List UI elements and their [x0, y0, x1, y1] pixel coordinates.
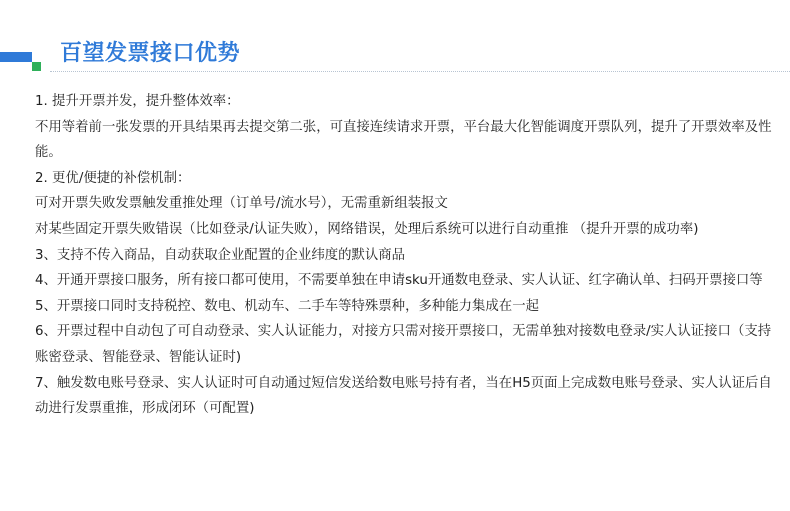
point-4: 4、开通开票接口服务，所有接口都可使用，不需要单独在申请sku开通数电登录、实人… — [35, 268, 775, 294]
point-2-text-a: 可对开票失败发票触发重推处理（订单号/流水号），无需重新组装报文 — [35, 191, 775, 217]
title-divider — [50, 71, 790, 72]
point-2-heading: 2. 更优/便捷的补偿机制： — [35, 166, 775, 192]
title-accent-square — [32, 62, 41, 71]
point-2-text-b: 对某些固定开票失败错误（比如登录/认证失败），网络错误，处理后系统可以进行自动重… — [35, 217, 775, 243]
content-body: 1. 提升开票并发，提升整体效率： 不用等着前一张发票的开具结果再去提交第二张，… — [35, 89, 775, 422]
point-1-heading: 1. 提升开票并发，提升整体效率： — [35, 89, 775, 115]
point-7: 7、触发数电账号登录、实人认证时可自动通过短信发送给数电账号持有者，当在H5页面… — [35, 371, 775, 422]
point-5: 5、开票接口同时支持税控、数电、机动车、二手车等特殊票种，多种能力集成在一起 — [35, 294, 775, 320]
point-3: 3、支持不传入商品，自动获取企业配置的企业纬度的默认商品 — [35, 243, 775, 269]
point-6: 6、开票过程中自动包了可自动登录、实人认证能力，对接方只需对接开票接口，无需单独… — [35, 319, 775, 370]
page-title: 百望发票接口优势 — [60, 36, 240, 67]
title-accent-bar — [0, 52, 32, 62]
point-1-text: 不用等着前一张发票的开具结果再去提交第二张，可直接连续请求开票，平台最大化智能调… — [35, 115, 775, 166]
